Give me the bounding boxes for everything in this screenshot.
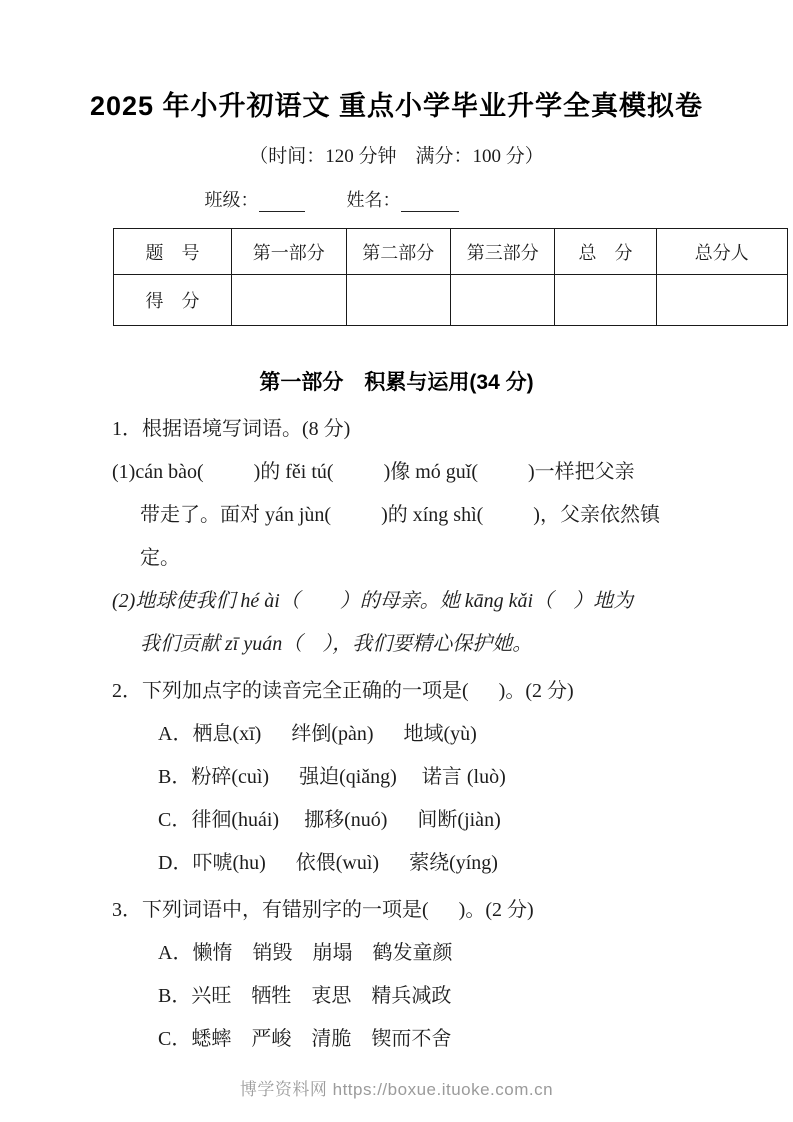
exam-body: 1．根据语境写词语。(8 分) (1)cán bào( )的 fěi tú( )… [112,408,732,1061]
class-label: 班级： [205,190,259,210]
question-2-option-b: B．粉碎(cuì) 强迫(qiǎng) 诺言 (luò) [112,756,732,799]
score-header-total: 总 分 [555,229,656,275]
score-row-label: 得 分 [114,275,232,326]
page-title: 2025 年小升初语文 重点小学毕业升学全真模拟卷 [0,84,793,123]
question-3-stem: 3．下列词语中，有错别字的一项是( )。(2 分) [112,889,732,932]
question-2-stem: 2．下列加点字的读音完全正确的一项是( )。(2 分) [112,670,732,713]
score-table-score-row: 得 分 [114,275,788,326]
question-1-part1-line3: 定。 [112,537,732,580]
question-2-option-c: C．徘徊(huái) 挪移(nuó) 间断(jiàn) [112,799,732,842]
question-1-part1-line1: (1)cán bào( )的 fěi tú( )像 mó guǐ( )一样把父亲 [112,451,732,494]
question-2-option-d: D．吓唬(hu) 依偎(wuì) 萦绕(yíng) [112,842,732,885]
question-1-part1-line2: 带走了。面对 yán jùn( )的 xíng shì( )，父亲依然镇 [112,494,732,537]
question-2-option-a: A．栖息(xī) 绊倒(pàn) 地域(yù) [112,713,732,756]
exam-header: 2025 年小升初语文 重点小学毕业升学全真模拟卷 （时间：120 分钟 满分：… [0,0,793,212]
student-info-inner: 班级：姓名： [205,186,459,212]
score-header-part2: 第二部分 [346,229,450,275]
class-blank-field [259,195,305,212]
score-table-header-row: 题 号 第一部分 第二部分 第三部分 总 分 总分人 [114,229,788,275]
score-header-question: 题 号 [114,229,232,275]
question-3-option-a: A．懒惰 销毁 崩塌 鹤发童颜 [112,932,732,975]
name-blank-field [401,195,459,212]
score-header-grader: 总分人 [656,229,787,275]
score-table: 题 号 第一部分 第二部分 第三部分 总 分 总分人 得 分 [113,228,788,326]
score-cell-grader [656,275,787,326]
student-info-line: 班级：姓名： [0,186,793,212]
section-heading: 第一部分 积累与运用(34 分) [0,366,793,396]
watermark-footer: 博学资料网 https://boxue.ituoke.com.cn [0,1075,793,1100]
question-1-stem: 1．根据语境写词语。(8 分) [112,408,732,451]
score-cell-part3 [450,275,554,326]
question-3-option-b: B．兴旺 牺牲 衷思 精兵减政 [112,975,732,1018]
score-cell-part1 [231,275,346,326]
score-cell-part2 [346,275,450,326]
name-label: 姓名： [347,190,401,210]
exam-page: 2025 年小升初语文 重点小学毕业升学全真模拟卷 （时间：120 分钟 满分：… [0,0,793,1122]
question-1-part2-line2: 我们贡献 zī yuán（ ），我们要精心保护她。 [112,623,732,666]
question-1-part2-line1: (2)地球使我们 hé ài（ ）的母亲。她 kāng kǎi（ ）地为 [112,580,732,623]
question-3-option-c: C．蟋蟀 严峻 清脆 锲而不舍 [112,1018,732,1061]
exam-meta: （时间：120 分钟 满分：100 分） [0,141,793,168]
score-header-part1: 第一部分 [231,229,346,275]
score-header-part3: 第三部分 [450,229,554,275]
score-cell-total [555,275,656,326]
